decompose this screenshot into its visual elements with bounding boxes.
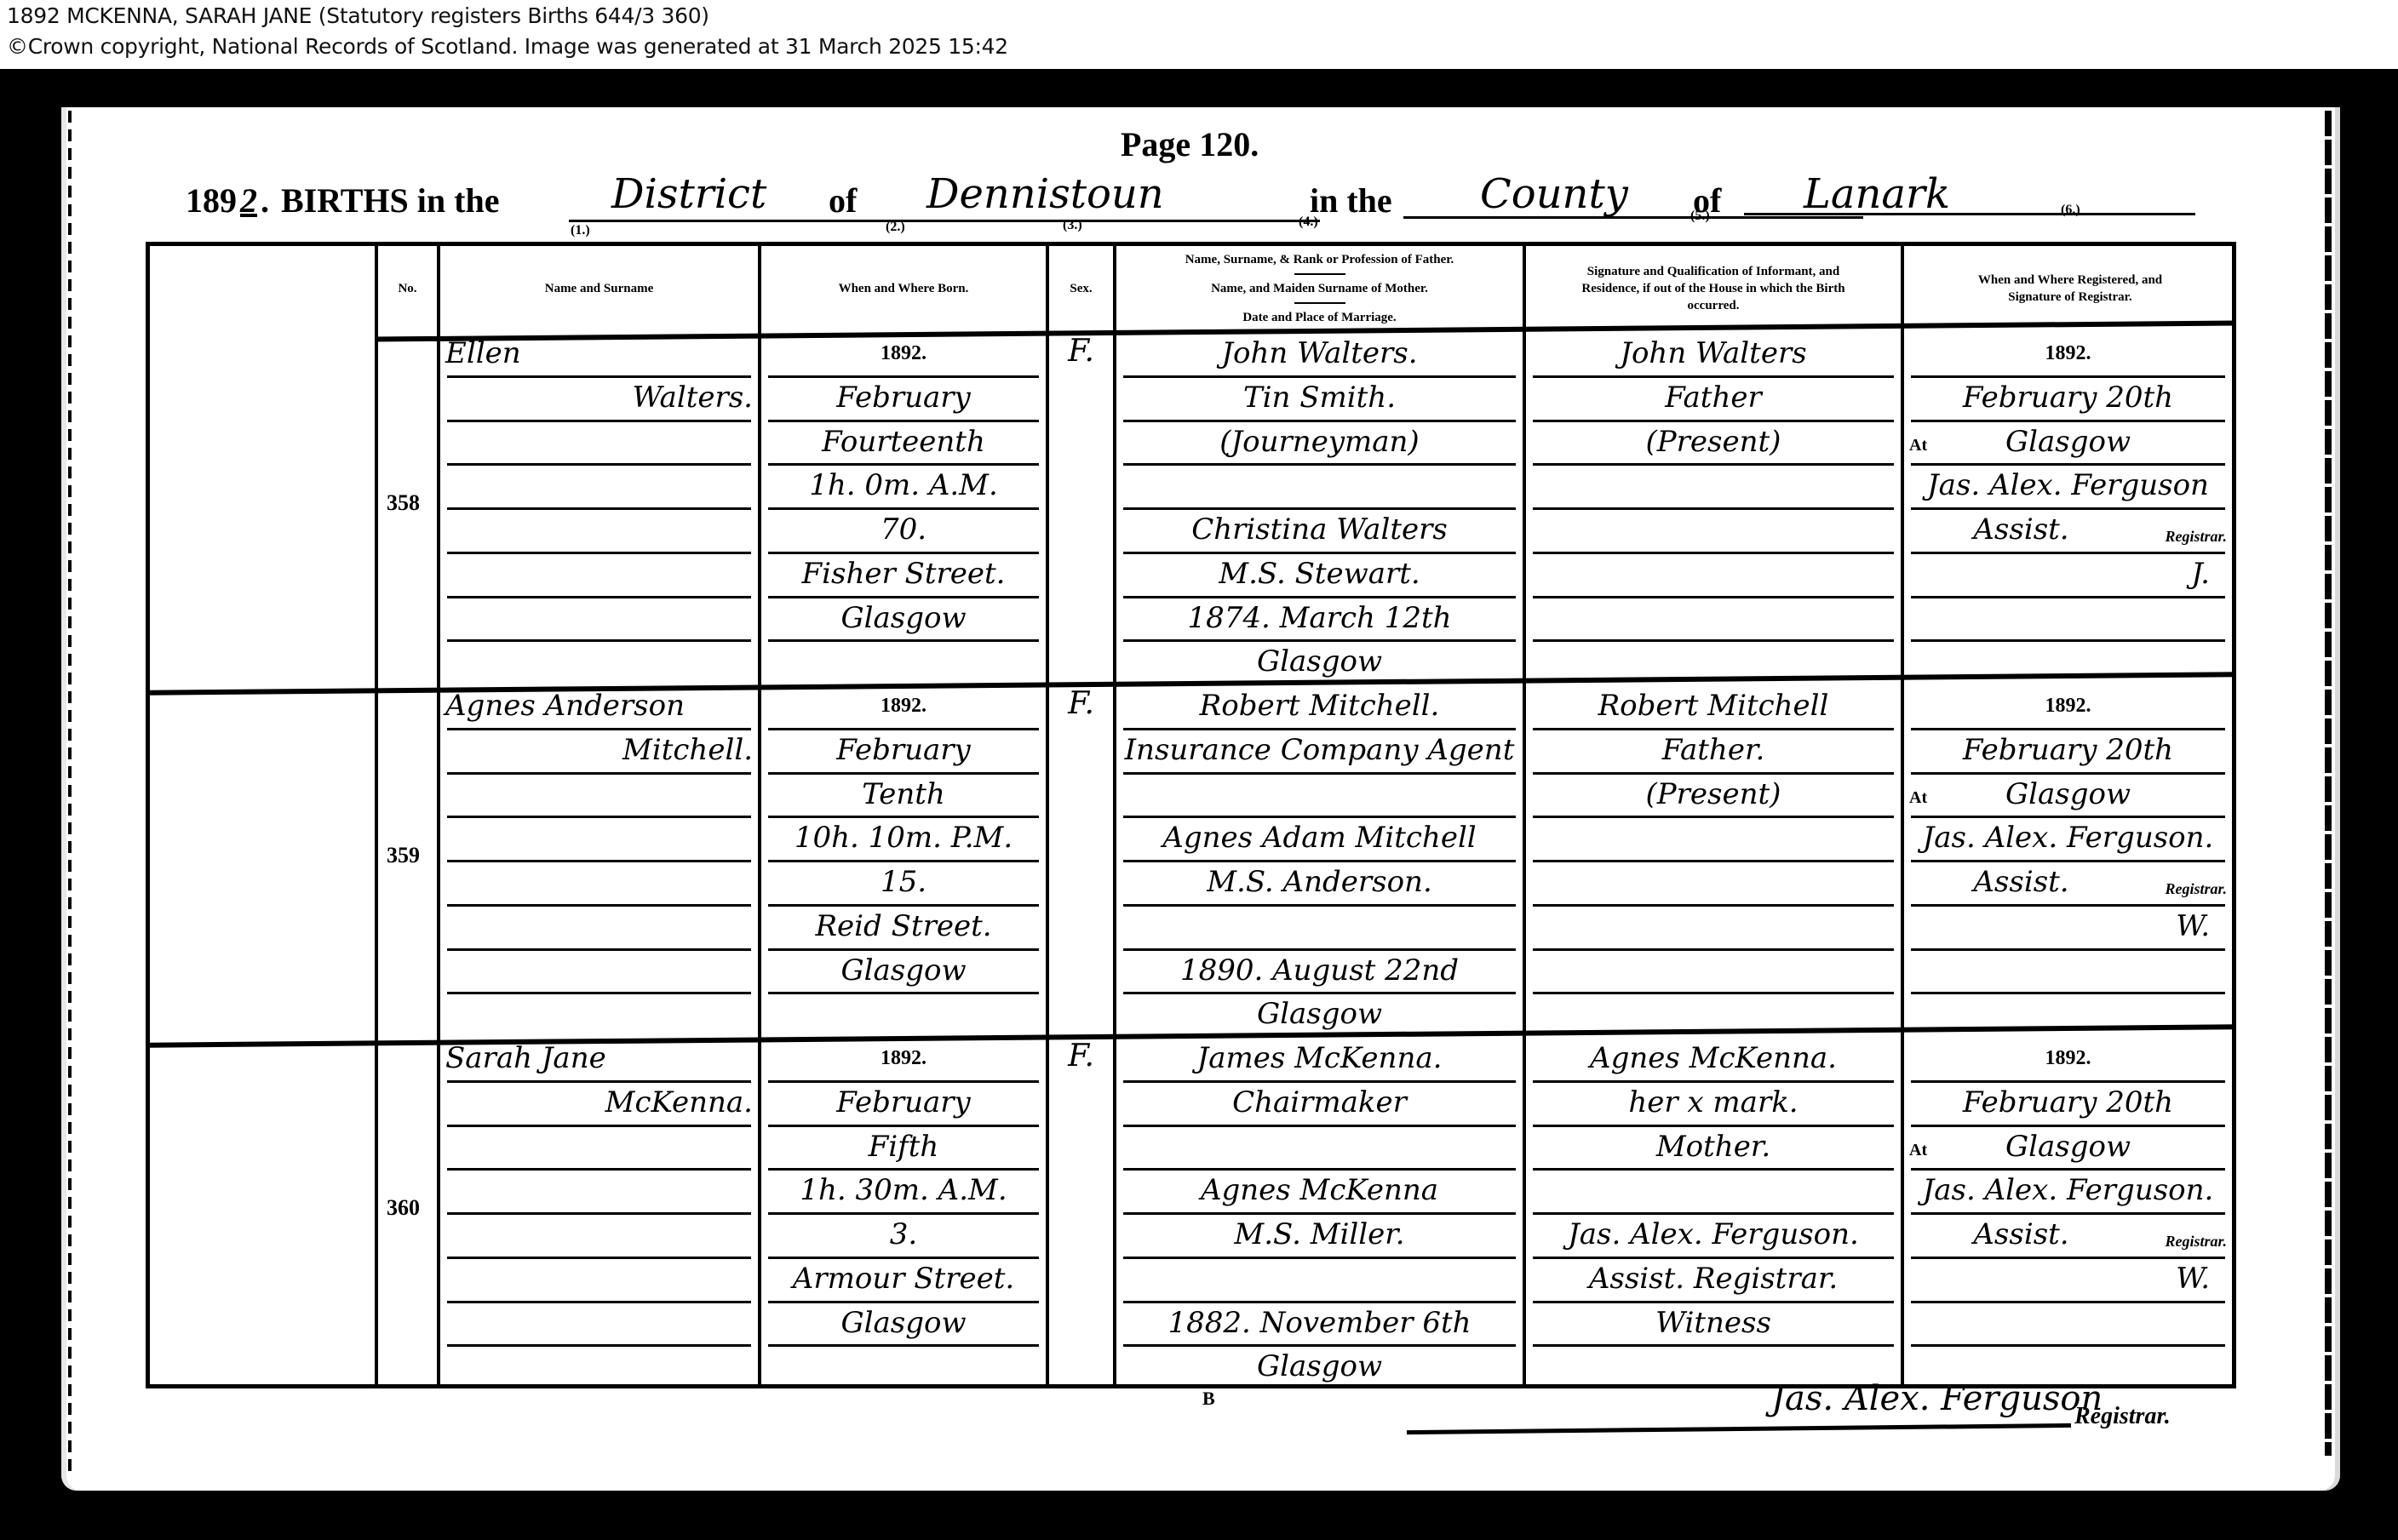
ruled-line: [768, 463, 1039, 466]
ruled-line: [447, 1257, 751, 1259]
ruled-line: [447, 860, 751, 862]
born-line: Glasgow: [766, 601, 1041, 635]
ruled-line: [447, 1080, 751, 1083]
ruled-line: [768, 904, 1039, 907]
ruled-line: [1533, 816, 1894, 818]
informant-line: Mother.: [1531, 1130, 1896, 1164]
ruled-line: [1123, 1257, 1516, 1259]
ruled-line: [447, 948, 751, 951]
born-line: Fisher Street.: [766, 557, 1041, 591]
ruled-line: [1533, 1168, 1894, 1171]
page-mark: B: [1202, 1388, 1215, 1410]
born-line: 1892.: [766, 1041, 1041, 1075]
ruled-line: [1123, 375, 1516, 378]
ruled-line: [768, 1080, 1039, 1083]
header-parents-father: Name, Surname, & Rank or Profession of F…: [1185, 251, 1454, 268]
header-separator: [1294, 302, 1345, 304]
registered-line: Jas. Alex. Ferguson.: [1909, 821, 2227, 855]
entry-number: 359: [387, 843, 420, 868]
ruled-line: [1533, 772, 1894, 775]
of-label-1: of: [829, 180, 857, 220]
parents-line: Agnes McKenna: [1122, 1173, 1517, 1207]
ruled-line: [1533, 1257, 1894, 1259]
page-number: Page 120.: [1121, 124, 1259, 164]
registered-line: Glasgow: [1909, 425, 2227, 459]
registrar-label: Registrar.: [2074, 1403, 2171, 1430]
registered-at-label: At: [1909, 428, 1927, 462]
page-edge-left: [68, 111, 72, 1473]
header-no: No.: [378, 246, 437, 331]
column-divider: [1901, 246, 1904, 1384]
in-the-label: in the: [1310, 180, 1392, 220]
ruled-line: [1123, 1168, 1516, 1171]
ruled-line: [447, 1344, 751, 1347]
born-line: February: [766, 381, 1041, 415]
ruled-line: [1911, 507, 2225, 510]
informant-line: Witness: [1531, 1306, 1896, 1340]
ruled-line: [768, 1344, 1039, 1347]
ruled-line: [447, 1301, 751, 1303]
ruled-line: [1911, 375, 2225, 378]
born-line: Tenth: [766, 777, 1041, 811]
born-line: Fifth: [766, 1130, 1041, 1164]
ruled-line: [768, 948, 1039, 951]
born-line: 70.: [766, 512, 1041, 547]
ruled-line: [1533, 420, 1894, 422]
column-divider: [1046, 246, 1049, 1384]
born-line: 3.: [766, 1217, 1041, 1251]
parents-line: Glasgow: [1122, 644, 1517, 678]
ruled-line: [768, 772, 1039, 775]
ruled-line: [447, 639, 751, 642]
births-in-the-label: BIRTHS in the: [281, 180, 499, 220]
ruled-line: [1911, 948, 2225, 951]
parents-line: 1874. March 12th: [1122, 601, 1517, 635]
sex-value: F.: [1049, 335, 1113, 369]
ruled-line: [1123, 596, 1516, 598]
ruled-line: [1911, 1125, 2225, 1127]
births-register-table: No. Name and Surname When and Where Born…: [146, 242, 2236, 1388]
parents-line: Robert Mitchell.: [1122, 689, 1517, 723]
column-divider: [375, 246, 378, 1384]
name-line: Ellen: [445, 336, 753, 370]
ruled-line: [1533, 1080, 1894, 1083]
sex-value: F.: [1049, 1039, 1113, 1073]
registered-line: W.: [1909, 909, 2227, 943]
entry-number: 358: [387, 490, 420, 516]
header-name: Name and Surname: [440, 246, 758, 331]
born-line: Armour Street.: [766, 1262, 1041, 1296]
county-word: County: [1480, 170, 1628, 218]
ruled-line: [1533, 992, 1894, 994]
ruled-line: [1123, 772, 1516, 775]
registrar-signature: Jas. Alex. Ferguson: [1771, 1379, 2103, 1418]
informant-line: Father: [1531, 381, 1896, 415]
ruled-line: [768, 552, 1039, 554]
column-divider: [1523, 246, 1526, 1384]
year-prefix: 189: [186, 180, 237, 220]
born-line: 15.: [766, 865, 1041, 899]
column-number-3: (3.): [1063, 218, 1082, 233]
registered-line: Glasgow: [1909, 777, 2227, 811]
name-line: Mitchell.: [445, 733, 753, 767]
ruled-line: [768, 596, 1039, 598]
ruled-line: [447, 1125, 751, 1127]
name-line: Sarah Jane: [445, 1041, 753, 1075]
header-parents-mother: Name, and Maiden Surname of Mother.: [1211, 280, 1428, 297]
informant-line: Assist. Registrar.: [1531, 1262, 1896, 1296]
parents-line: Agnes Adam Mitchell: [1122, 821, 1517, 855]
ruled-line: [1911, 1168, 2225, 1171]
district-name: Dennistoun: [926, 170, 1164, 218]
ruled-line: [447, 772, 751, 775]
informant-line: Robert Mitchell: [1531, 689, 1896, 723]
born-line: February: [766, 733, 1041, 767]
ruled-line: [1123, 552, 1516, 554]
entry-number: 360: [387, 1195, 420, 1221]
ruled-line: [1911, 639, 2225, 642]
ruled-line: [1123, 1125, 1516, 1127]
parents-line: Chairmaker: [1122, 1085, 1517, 1119]
ruled-line: [768, 1257, 1039, 1259]
column-divider: [1113, 246, 1116, 1384]
registered-at-label: At: [1909, 781, 1927, 815]
ruled-line: [447, 728, 751, 730]
name-line: Agnes Anderson: [445, 689, 753, 723]
header-born: When and Where Born.: [761, 246, 1046, 331]
ruled-line: [447, 1212, 751, 1215]
ruled-line: [1533, 552, 1894, 554]
registrar-word: Registrar.: [1909, 1217, 2227, 1258]
parents-line: Glasgow: [1122, 1349, 1517, 1383]
informant-line: her x mark.: [1531, 1085, 1896, 1119]
ruled-line: [1911, 860, 2225, 862]
ruled-line: [447, 463, 751, 466]
ruled-line: [1911, 1212, 2225, 1215]
registered-line: February 20th: [1909, 733, 2227, 767]
ruled-line: [768, 1168, 1039, 1171]
page-edge-right: [2325, 111, 2332, 1456]
county-name: Lanark: [1804, 170, 1950, 218]
sex-value: F.: [1049, 687, 1113, 721]
ruled-line: [447, 1168, 751, 1171]
registered-line: 1892.: [1909, 336, 2227, 370]
ruled-line: [768, 860, 1039, 862]
ruled-line: [1123, 904, 1516, 907]
born-line: Glasgow: [766, 1306, 1041, 1340]
ruled-line: [1533, 375, 1894, 378]
ruled-line: [1123, 463, 1516, 466]
ruled-line: [1123, 1344, 1516, 1347]
ruled-line: [447, 992, 751, 994]
ruled-line: [447, 375, 751, 378]
ruled-line: [768, 420, 1039, 422]
born-line: Reid Street.: [766, 909, 1041, 943]
ruled-line: [1911, 816, 2225, 818]
county-underline: [1403, 216, 1863, 219]
name-line: Walters.: [445, 381, 753, 415]
ruled-line: [1911, 772, 2225, 775]
county-name-underline: [1744, 213, 2195, 215]
registered-at-label: At: [1909, 1133, 1927, 1167]
ruled-line: [768, 639, 1039, 642]
column-number-2: (2.): [886, 220, 905, 235]
ruled-line: [1911, 420, 2225, 422]
ruled-line: [1533, 904, 1894, 907]
informant-line: John Walters: [1531, 336, 1896, 370]
parents-line: M.S. Stewart.: [1122, 557, 1517, 591]
ruled-line: [447, 507, 751, 510]
column-number-4: (4.): [1299, 215, 1318, 230]
informant-line: (Present): [1531, 777, 1896, 811]
ruled-line: [1123, 860, 1516, 862]
parents-line: M.S. Anderson.: [1122, 865, 1517, 899]
parents-line: Christina Walters: [1122, 512, 1517, 547]
born-line: 1892.: [766, 689, 1041, 723]
ruled-line: [1123, 992, 1516, 994]
informant-line: Agnes McKenna.: [1531, 1041, 1896, 1075]
registered-line: 1892.: [1909, 689, 2227, 723]
parents-line: M.S. Miller.: [1122, 1217, 1517, 1251]
ruled-line: [1123, 1301, 1516, 1303]
parents-line: (Journeyman): [1122, 425, 1517, 459]
born-line: February: [766, 1085, 1041, 1119]
ruled-line: [447, 904, 751, 907]
column-divider: [437, 246, 440, 1384]
year-suffix: 2: [240, 180, 257, 220]
ruled-line: [1123, 1080, 1516, 1083]
ruled-line: [1911, 596, 2225, 598]
ruled-line: [1911, 728, 2225, 730]
register-title: 189 2 . BIRTHS in the District of Dennis…: [186, 170, 2229, 230]
ruled-line: [1533, 860, 1894, 862]
district-word: District: [611, 170, 766, 218]
ruled-line: [768, 816, 1039, 818]
copyright-notice: ©Crown copyright, National Records of Sc…: [7, 34, 1008, 59]
column-divider: [758, 246, 761, 1384]
ruled-line: [768, 507, 1039, 510]
informant-line: (Present): [1531, 425, 1896, 459]
parents-line: John Walters.: [1122, 336, 1517, 370]
parents-line: 1882. November 6th: [1122, 1306, 1517, 1340]
ruled-line: [768, 375, 1039, 378]
registered-line: Jas. Alex. Ferguson: [1909, 468, 2227, 502]
parents-line: Insurance Company Agent: [1122, 733, 1517, 767]
header-sex: Sex.: [1049, 246, 1113, 331]
ruled-line: [1533, 728, 1894, 730]
ruled-line: [447, 552, 751, 554]
ruled-line: [768, 728, 1039, 730]
header-registered: When and Where Registered, and Signature…: [1904, 246, 2236, 331]
year-dot: .: [261, 180, 269, 220]
ruled-line: [768, 1301, 1039, 1303]
column-number-1: (1.): [571, 223, 590, 238]
header-parents-marriage: Date and Place of Marriage.: [1242, 309, 1396, 326]
ruled-line: [447, 420, 751, 422]
header-separator: [1294, 273, 1345, 275]
ruled-line: [447, 816, 751, 818]
ruled-line: [1123, 507, 1516, 510]
born-line: 1892.: [766, 336, 1041, 370]
record-title: 1892 MCKENNA, SARAH JANE (Statutory regi…: [7, 3, 709, 28]
ruled-line: [1533, 948, 1894, 951]
registered-line: W.: [1909, 1262, 2227, 1296]
parents-line: Tin Smith.: [1122, 381, 1517, 415]
born-line: 1h. 30m. A.M.: [766, 1173, 1041, 1207]
born-line: Fourteenth: [766, 425, 1041, 459]
ruled-line: [1533, 463, 1894, 466]
ruled-line: [768, 992, 1039, 994]
born-line: 10h. 10m. P.M.: [766, 821, 1041, 855]
ruled-line: [768, 1212, 1039, 1215]
registered-line: February 20th: [1909, 381, 2227, 415]
ruled-line: [1533, 639, 1894, 642]
ruled-line: [1123, 420, 1516, 422]
parents-line: James McKenna.: [1122, 1041, 1517, 1075]
born-line: 1h. 0m. A.M.: [766, 468, 1041, 502]
registered-line: 1892.: [1909, 1041, 2227, 1075]
ruled-line: [1911, 992, 2225, 994]
ruled-line: [1533, 507, 1894, 510]
registered-line: J.: [1909, 557, 2227, 591]
informant-line: Father.: [1531, 733, 1896, 767]
ruled-line: [1533, 1344, 1894, 1347]
header-parents: Name, Surname, & Rank or Profession of F…: [1116, 246, 1523, 331]
district-name-underline: [877, 220, 1320, 222]
registered-line: Jas. Alex. Ferguson.: [1909, 1173, 2227, 1207]
ruled-line: [1123, 639, 1516, 642]
parents-line: Glasgow: [1122, 997, 1517, 1031]
registered-line: Glasgow: [1909, 1130, 2227, 1164]
ruled-line: [1533, 596, 1894, 598]
informant-line: Jas. Alex. Ferguson.: [1531, 1217, 1896, 1251]
ruled-line: [768, 1125, 1039, 1127]
parents-line: 1890. August 22nd: [1122, 953, 1517, 988]
registrar-word: Registrar.: [1909, 512, 2227, 553]
column-number-6: (6.): [2061, 203, 2080, 218]
registrar-word: Registrar.: [1909, 865, 2227, 906]
ruled-line: [1123, 948, 1516, 951]
ruled-line: [1533, 1125, 1894, 1127]
header-informant: Signature and Qualification of Informant…: [1526, 246, 1901, 331]
ruled-line: [1533, 1301, 1894, 1303]
ruled-line: [447, 596, 751, 598]
column-number-5: (5.): [1690, 209, 1710, 224]
name-line: McKenna.: [445, 1085, 753, 1119]
ruled-line: [1123, 728, 1516, 730]
ruled-line: [1911, 1080, 2225, 1083]
ruled-line: [1911, 463, 2225, 466]
ruled-line: [1123, 816, 1516, 818]
registered-line: February 20th: [1909, 1085, 2227, 1119]
ruled-line: [1533, 1212, 1894, 1215]
ruled-line: [1911, 1301, 2225, 1303]
born-line: Glasgow: [766, 953, 1041, 988]
ruled-line: [1911, 1344, 2225, 1347]
ruled-line: [1123, 1212, 1516, 1215]
